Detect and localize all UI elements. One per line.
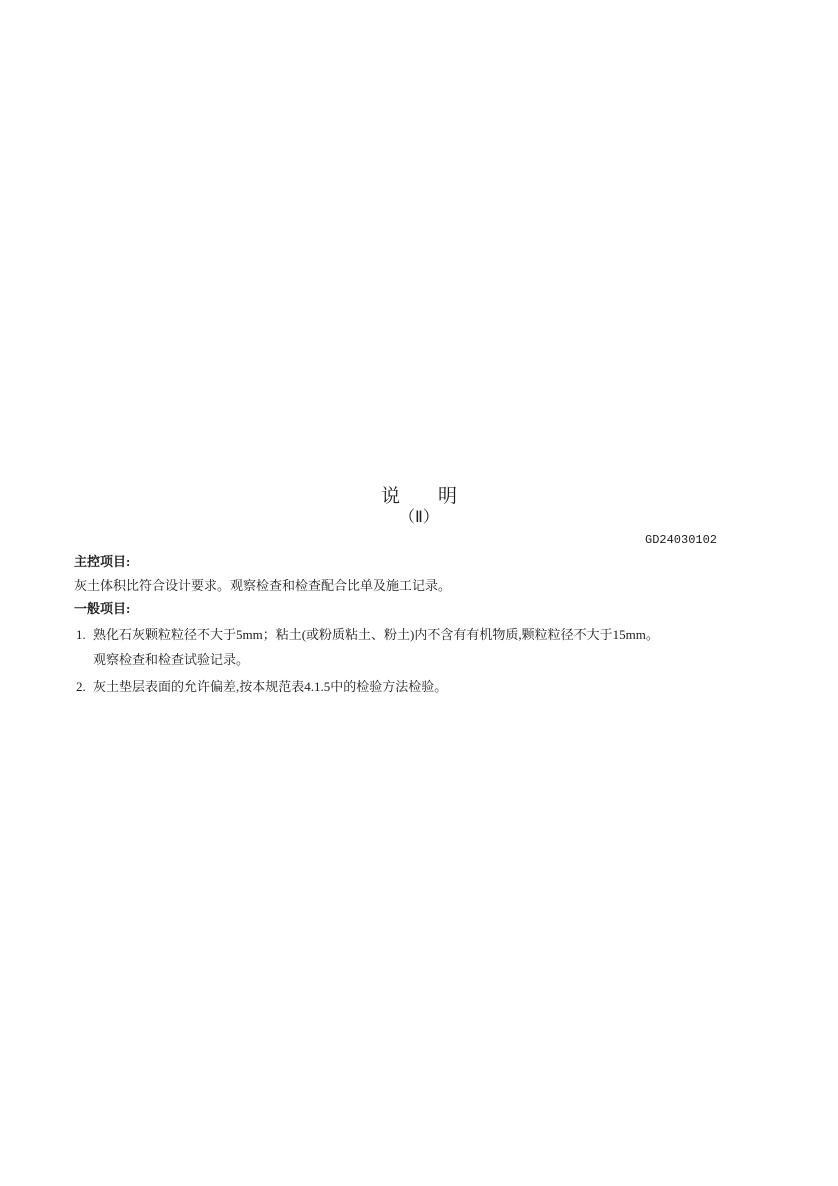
- document-page: 说 明 （Ⅱ） GD24030102 主控项目: 灰土体积比符合设计要求。观察检…: [0, 0, 838, 1186]
- list-item-1-continuation: 观察检查和检查试验记录。: [93, 652, 249, 667]
- list-item-2-number: 2.: [76, 679, 93, 694]
- list-item-2: 2.灰土垫层表面的允许偏差,按本规范表4.1.5中的检验方法检验。: [76, 679, 447, 694]
- list-item-2-text: 灰土垫层表面的允许偏差,按本规范表4.1.5中的检验方法检验。: [93, 679, 447, 694]
- list-item-1: 1.熟化石灰颗粒粒径不大于5mm；粘土(或粉质粘土、粉土)内不含有有机物质,颗粒…: [76, 627, 659, 642]
- list-item-1-text: 熟化石灰颗粒粒径不大于5mm；粘土(或粉质粘土、粉土)内不含有有机物质,颗粒粒径…: [93, 627, 659, 642]
- page-title: 说 明: [0, 487, 838, 507]
- main-control-heading: 主控项目:: [74, 554, 130, 569]
- list-item-1-number: 1.: [76, 627, 93, 642]
- drawing-number: GD24030102: [645, 534, 717, 547]
- general-heading: 一般项目:: [74, 601, 130, 616]
- main-control-body: 灰土体积比符合设计要求。观察检查和检查配合比单及施工记录。: [74, 578, 451, 593]
- page-subtitle: （Ⅱ）: [0, 509, 838, 526]
